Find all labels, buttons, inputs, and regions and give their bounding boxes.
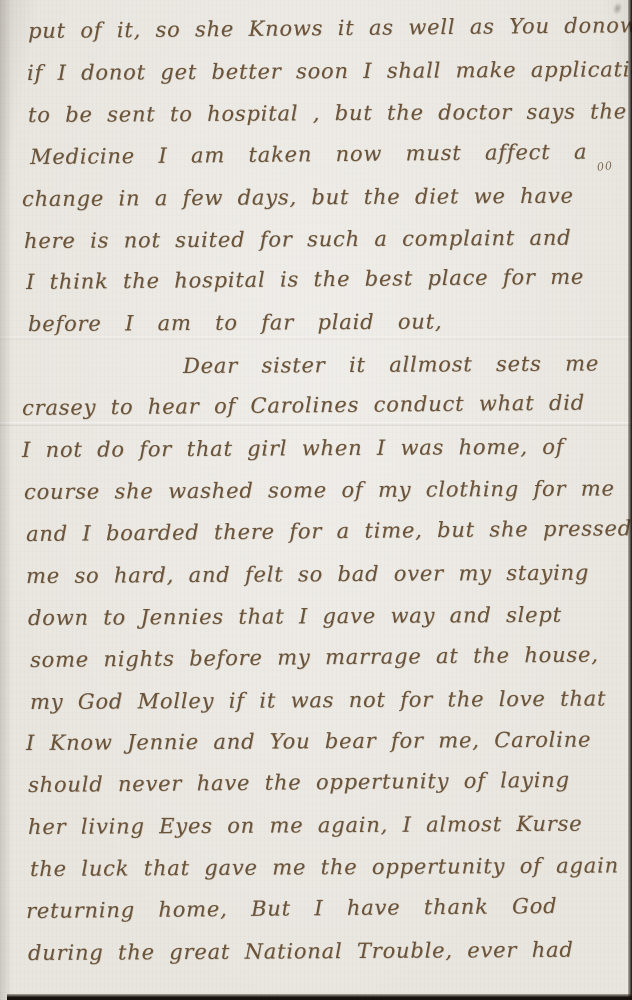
handwritten-line-11: I not do for that girl when I was home, … xyxy=(22,435,564,462)
stray-ink-mark: 00 xyxy=(596,159,613,174)
handwritten-line-21: the luck that gave me the oppertunity of… xyxy=(30,853,619,881)
page-edge-left xyxy=(0,0,12,1000)
letter-page: put of it, so she Knows it as well as Yo… xyxy=(0,0,632,1000)
handwritten-line-6: here is not suited for such a complaint … xyxy=(24,226,572,253)
handwritten-line-22: returning home, But I have thank God xyxy=(26,894,558,923)
handwritten-line-2: if I donot get better soon I shall make … xyxy=(27,57,632,85)
paper-fold-crease xyxy=(0,422,632,426)
handwritten-line-15: down to Jennies that I gave way and slep… xyxy=(28,603,562,630)
handwritten-line-7: I think the hospital is the best place f… xyxy=(26,265,584,294)
handwritten-line-20: her living Eyes on me again, I almost Ku… xyxy=(28,812,583,839)
handwritten-line-18: I Know Jennie and You bear for me, Carol… xyxy=(26,728,591,755)
handwritten-line-5: change in a few days, but the diet we ha… xyxy=(22,184,574,211)
handwritten-line-10: crasey to hear of Carolines conduct what… xyxy=(22,391,585,420)
handwritten-line-13: and I boarded there for a time, but she … xyxy=(26,516,632,546)
handwritten-line-14: me so hard, and felt so bad over my stay… xyxy=(26,561,589,588)
paper-fold-crease xyxy=(0,336,632,340)
handwritten-line-12: course she washed some of my clothing fo… xyxy=(24,476,615,504)
handwritten-line-8: before I am to far plaid out, xyxy=(28,309,442,336)
handwritten-line-9: Dear sister it allmost sets me xyxy=(183,351,599,378)
handwritten-line-3: to be sent to hospital , but the doctor … xyxy=(28,99,627,127)
handwritten-line-1: put of it, so she Knows it as well as Yo… xyxy=(28,13,632,43)
handwritten-line-23: during the great National Trouble, ever … xyxy=(28,938,574,965)
handwritten-line-19: should never have the oppertunity of lay… xyxy=(28,768,570,797)
handwritten-line-17: my God Molley if it was not for the love… xyxy=(30,686,606,714)
handwritten-line-4: Medicine I am taken now must affect a xyxy=(30,140,587,169)
page-edge-bottom xyxy=(7,994,632,1000)
page-edge-right xyxy=(628,0,632,1000)
handwritten-line-16: some nights before my marrage at the hou… xyxy=(30,643,599,672)
